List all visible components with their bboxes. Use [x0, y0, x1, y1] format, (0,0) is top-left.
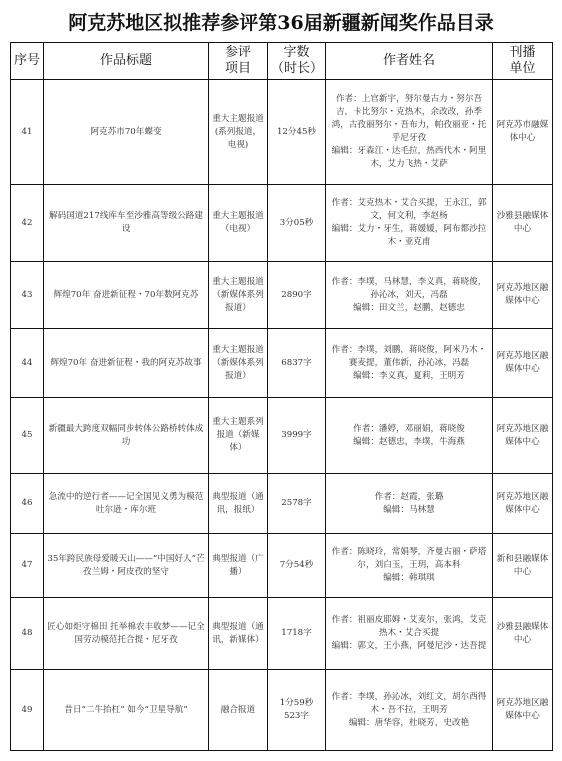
authors-line: 作者：祖丽皮耶姆・艾麦尔，张鸿，艾克热木・艾合买提	[329, 614, 489, 640]
row-authors: 作者：李墣，刘鹏，蒋晓俊，阿米乃木・赛麦提，董伟新，孙沁冰，冯磊编辑：李义真，夏…	[326, 329, 493, 398]
row-work-title: 解码国道217线库车至沙雅高等级公路建设	[44, 185, 209, 262]
row-index: 45	[11, 398, 44, 474]
row-work-title: 新疆最大跨度双幅同步转体公路桥转体成功	[44, 398, 209, 474]
row-index: 44	[11, 329, 44, 398]
header-work-title-label: 作品标题	[100, 53, 152, 68]
header-authors-label: 作者姓名	[383, 53, 435, 68]
row-outlet: 阿克苏市融媒体中心	[493, 80, 553, 185]
table-header-row: 序号 作品标题 参评 项目 字数 （时长） 作者姓名 刊播 单位	[11, 43, 553, 80]
table-row: 41 阿克苏市70年蝶变 重大主题报道(系列报道，电视) 12分45秒 作者：上…	[11, 80, 553, 185]
row-index: 47	[11, 534, 44, 598]
row-authors: 作者：赵霞，张璐编辑：马林慧	[326, 474, 493, 534]
table-row: 45 新疆最大跨度双幅同步转体公路桥转体成功 重大主题系列报道（新媒体） 399…	[11, 398, 553, 474]
table-row: 48 匠心如炬守棉田 托举棉农丰收梦——记全国劳动模范托合提・尼牙孜 典型报道（…	[11, 598, 553, 670]
header-index: 序号	[11, 43, 44, 80]
row-authors: 作者：陈晓玲，常娟琴，齐曼古丽・萨塔尔，刘白玉，王玥，高本科编辑：韩琪琪	[326, 534, 493, 598]
row-outlet: 阿克苏地区融媒体中心	[493, 329, 553, 398]
row-outlet: 沙雅县融媒体中心	[493, 598, 553, 670]
row-length: 2890字	[268, 262, 326, 329]
row-length: 3999字	[268, 398, 326, 474]
editors-line: 编辑：郭文，王小燕，阿曼尼沙・达吾提	[329, 640, 489, 653]
authors-line: 作者：潘婷，邓丽娟，蒋晓俊	[329, 423, 489, 436]
row-authors: 作者：艾克热木・艾合买提，王永江，郭文，何文利，李赵杨编辑：艾力・牙生，蒋媛媛，…	[326, 185, 493, 262]
header-length: 字数 （时长）	[268, 43, 326, 80]
row-work-title: 辉煌70年 奋进新征程・70年数阿克苏	[44, 262, 209, 329]
row-work-title: 辉煌70年 奋进新征程・我的阿克苏故事	[44, 329, 209, 398]
row-index: 48	[11, 598, 44, 670]
row-authors: 作者：李墣，马林慧，李义真，蒋晓俊，孙沁冰，刘天，冯磊编辑：田文兰，赵鹏，赵德忠	[326, 262, 493, 329]
row-index: 43	[11, 262, 44, 329]
row-authors: 作者：李墣，孙沁冰，刘红文，胡尔西得木・吾不拉，王明芳编辑：唐华容，杜晓芳，史改…	[326, 670, 493, 751]
table-row: 46 急流中的逆行者——记全国见义勇为模范吐尔逊・库尔班 典型报道（通讯，报纸）…	[11, 474, 553, 534]
table-row: 47 35年跨民族母爱暖天山——“中国好人”芒孜兰姆・阿皮孜的坚守 典型报道（广…	[11, 534, 553, 598]
row-index: 42	[11, 185, 44, 262]
editors-line: 编辑：牙森江・达毛拉，热西代木・阿里木，艾力飞热・艾萨	[329, 145, 489, 171]
row-authors: 作者：祖丽皮耶姆・艾麦尔，张鸿，艾克热木・艾合买提编辑：郭文，王小燕，阿曼尼沙・…	[326, 598, 493, 670]
authors-line: 作者：上官新宇，努尔曼古力・努尔吾吉，卡比努尔・克热木，余改改，孙季鸿，古孜丽努…	[329, 93, 489, 145]
row-outlet: 阿克苏地区融媒体中心	[493, 474, 553, 534]
row-length: 7分54秒	[268, 534, 326, 598]
authors-line: 作者：李墣，马林慧，李义真，蒋晓俊，孙沁冰，刘天，冯磊	[329, 276, 489, 302]
row-category: 典型报道（通讯，报纸）	[209, 474, 268, 534]
row-work-title: 急流中的逆行者——记全国见义勇为模范吐尔逊・库尔班	[44, 474, 209, 534]
table-row: 44 辉煌70年 奋进新征程・我的阿克苏故事 重大主题报道（新媒体系列报道） 6…	[11, 329, 553, 398]
editors-line: 编辑：马林慧	[329, 504, 489, 517]
editors-line: 编辑：赵德忠，李墣，牛海燕	[329, 436, 489, 449]
editors-line: 编辑：艾力・牙生，蒋媛媛，阿布都沙拉木・亚克甫	[329, 223, 489, 249]
header-outlet-label: 刊播 单位	[509, 45, 535, 76]
row-outlet: 阿克苏地区融媒体中心	[493, 398, 553, 474]
editors-line: 编辑：李义真，夏莉，王明芳	[329, 370, 489, 383]
row-index: 49	[11, 670, 44, 751]
row-outlet: 阿克苏地区融媒体中心	[493, 670, 553, 751]
row-length: 1718字	[268, 598, 326, 670]
editors-line: 编辑：唐华容，杜晓芳，史改艳	[329, 717, 489, 730]
row-length: 12分45秒	[268, 80, 326, 185]
row-category: 重大主题系列报道（新媒体）	[209, 398, 268, 474]
works-catalog-table: 序号 作品标题 参评 项目 字数 （时长） 作者姓名 刊播 单位 41 阿克苏市…	[10, 42, 553, 751]
row-work-title: 昔日“二牛抬杠” 如今“卫星导航”	[44, 670, 209, 751]
authors-line: 作者：李墣，孙沁冰，刘红文，胡尔西得木・吾不拉，王明芳	[329, 691, 489, 717]
row-index: 46	[11, 474, 44, 534]
row-category: 重大主题报道（新媒体系列报道）	[209, 262, 268, 329]
row-length: 6837字	[268, 329, 326, 398]
authors-line: 作者：艾克热木・艾合买提，王永江，郭文，何文利，李赵杨	[329, 197, 489, 223]
row-category: 典型报道（通讯，新媒体）	[209, 598, 268, 670]
row-work-title: 阿克苏市70年蝶变	[44, 80, 209, 185]
row-work-title: 35年跨民族母爱暖天山——“中国好人”芒孜兰姆・阿皮孜的坚守	[44, 534, 209, 598]
authors-line: 作者：赵霞，张璐	[329, 491, 489, 504]
authors-line: 作者：李墣，刘鹏，蒋晓俊，阿米乃木・赛麦提，董伟新，孙沁冰，冯磊	[329, 344, 489, 370]
row-index: 41	[11, 80, 44, 185]
row-category: 重大主题报道（新媒体系列报道）	[209, 329, 268, 398]
authors-line: 作者：陈晓玲，常娟琴，齐曼古丽・萨塔尔，刘白玉，王玥，高本科	[329, 546, 489, 572]
row-outlet: 新和县融媒体中心	[493, 534, 553, 598]
row-authors: 作者：潘婷，邓丽娟，蒋晓俊编辑：赵德忠，李墣，牛海燕	[326, 398, 493, 474]
row-work-title: 匠心如炬守棉田 托举棉农丰收梦——记全国劳动模范托合提・尼牙孜	[44, 598, 209, 670]
header-length-label: 字数 （时长）	[271, 45, 323, 76]
table-row: 43 辉煌70年 奋进新征程・70年数阿克苏 重大主题报道（新媒体系列报道） 2…	[11, 262, 553, 329]
header-category: 参评 项目	[209, 43, 268, 80]
row-category: 融合报道	[209, 670, 268, 751]
editors-line: 编辑：田文兰，赵鹏，赵德忠	[329, 302, 489, 315]
row-authors: 作者：上官新宇，努尔曼古力・努尔吾吉，卡比努尔・克热木，余改改，孙季鸿，古孜丽努…	[326, 80, 493, 185]
row-outlet: 阿克苏地区融媒体中心	[493, 262, 553, 329]
row-length: 2578字	[268, 474, 326, 534]
row-outlet: 沙雅县融媒体中心	[493, 185, 553, 262]
row-category: 重大主题报道(系列报道，电视)	[209, 80, 268, 185]
header-authors: 作者姓名	[326, 43, 493, 80]
table-row: 49 昔日“二牛抬杠” 如今“卫星导航” 融合报道 1分59秒 523字 作者：…	[11, 670, 553, 751]
row-category: 重大主题报道（电视）	[209, 185, 268, 262]
document-title: 阿克苏地区拟推荐参评第36届新疆新闻奖作品目录	[0, 8, 562, 35]
header-outlet: 刊播 单位	[493, 43, 553, 80]
editors-line: 编辑：韩琪琪	[329, 572, 489, 585]
table-row: 42 解码国道217线库车至沙雅高等级公路建设 重大主题报道（电视） 3分05秒…	[11, 185, 553, 262]
header-work-title: 作品标题	[44, 43, 209, 80]
row-category: 典型报道（广播）	[209, 534, 268, 598]
header-index-label: 序号	[14, 53, 40, 68]
row-length: 1分59秒 523字	[268, 670, 326, 751]
row-length: 3分05秒	[268, 185, 326, 262]
header-category-label: 参评 项目	[225, 45, 251, 76]
